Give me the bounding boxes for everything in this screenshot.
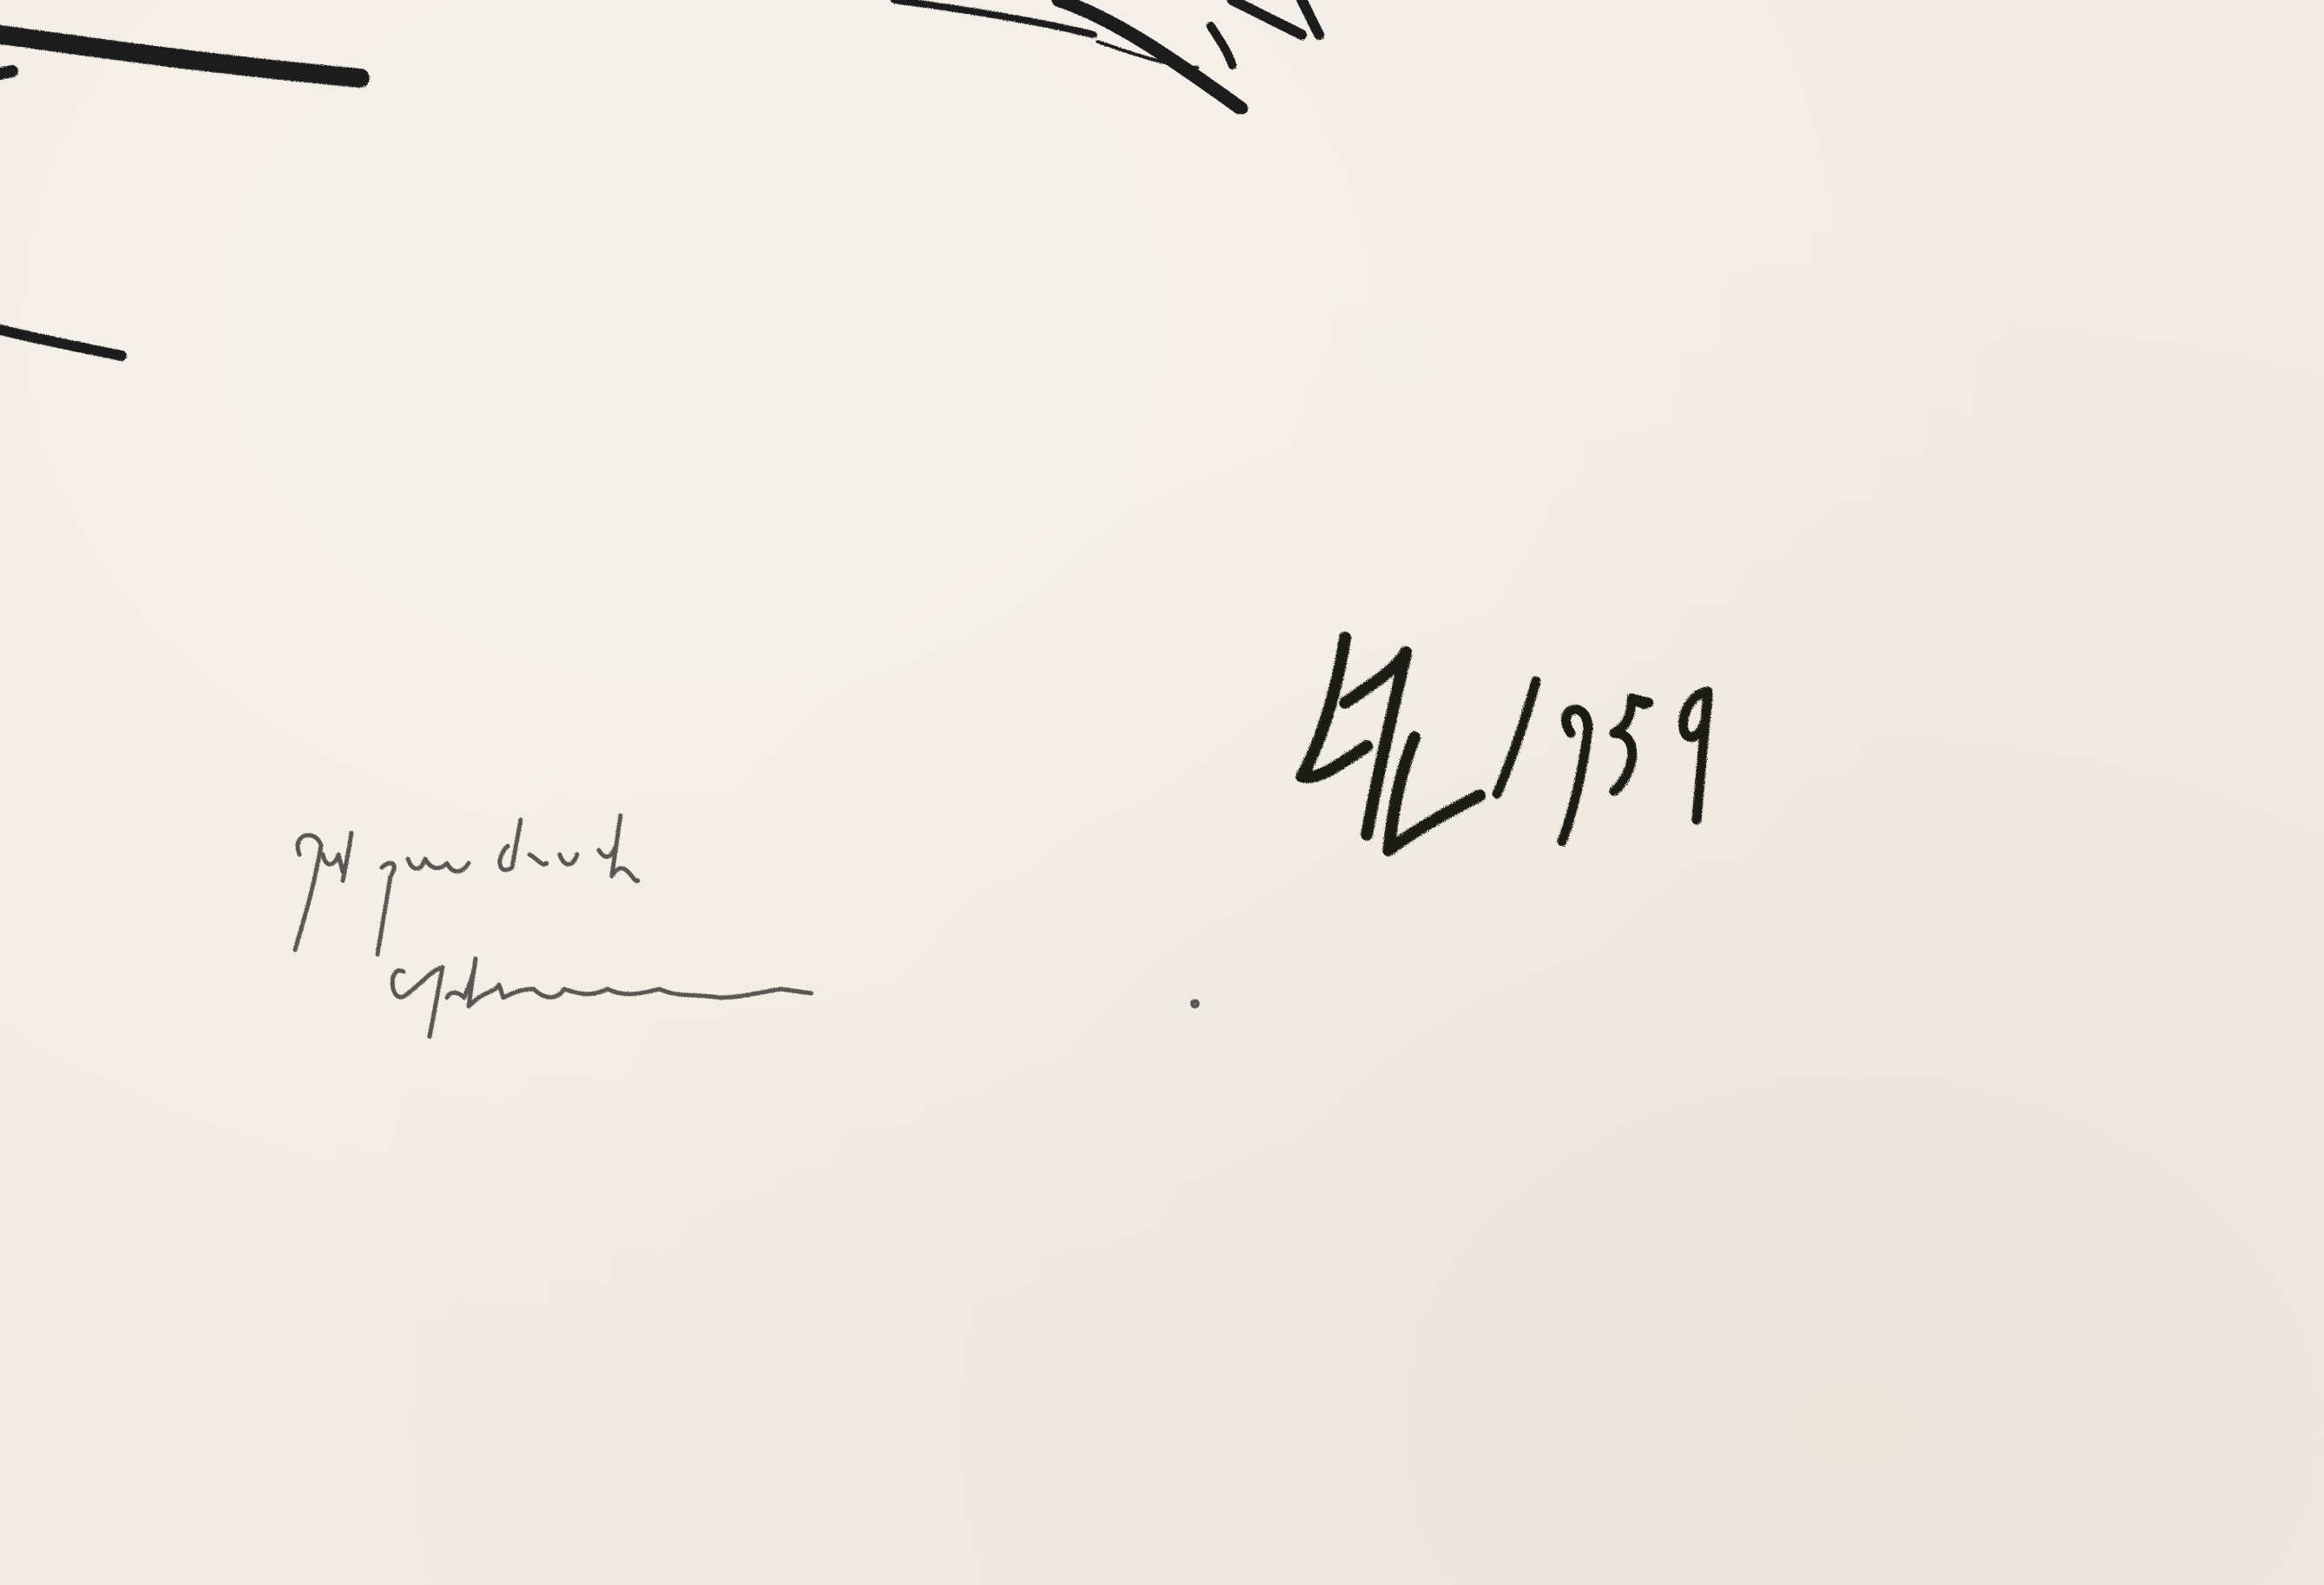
drawing-stroke-top-left bbox=[0, 35, 360, 356]
artist-monogram bbox=[1302, 638, 1480, 850]
year-1959 bbox=[1497, 681, 1708, 842]
lithograph-strokes bbox=[0, 0, 2324, 1585]
pencil-inscription bbox=[295, 815, 1198, 1037]
drawing-stroke-top-right bbox=[894, 0, 1319, 108]
